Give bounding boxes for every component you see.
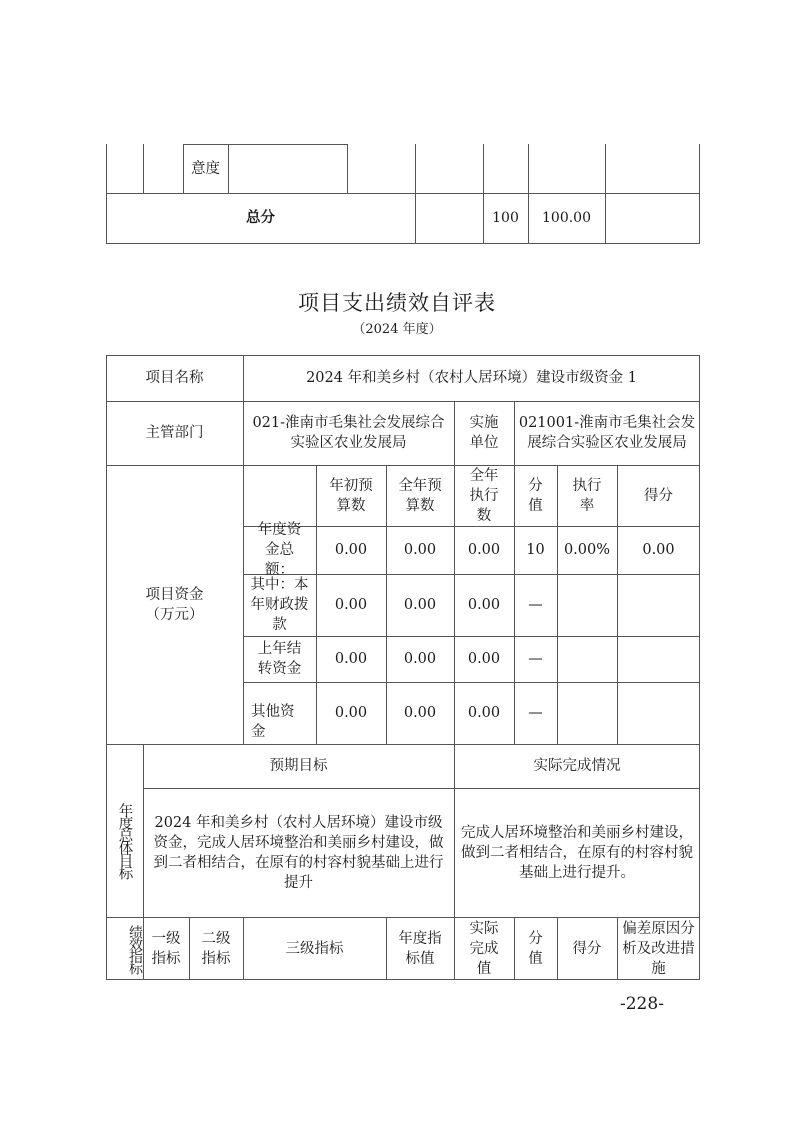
funds-row-weight: —	[514, 574, 557, 636]
header-executed: 全年执行数	[454, 465, 514, 526]
expected-goal-text: 2024 年和美乡村（农村人居环境）建设市级资金，完成人居环境整治和美丽乡村建设…	[143, 788, 454, 917]
header-score: 得分	[617, 465, 700, 526]
impl-label: 实施单位	[454, 401, 514, 465]
header-weight: 分值	[514, 917, 557, 980]
funds-row-rate	[557, 636, 617, 682]
total-weight: 100	[483, 193, 528, 243]
funds-row-score: 0.00	[617, 526, 700, 574]
page-subtitle: （2024 年度）	[0, 318, 794, 337]
header-annual-budget: 全年预算数	[386, 465, 454, 526]
funds-row-annual: 0.00	[386, 574, 454, 636]
funds-row-executed: 0.00	[454, 574, 514, 636]
funds-row-annual: 0.00	[386, 682, 454, 744]
header-annual-target: 年度指标值	[386, 917, 454, 980]
funds-row-rate	[557, 682, 617, 744]
funds-row-annual: 0.00	[386, 636, 454, 682]
funds-row-initial: 0.00	[316, 574, 386, 636]
expected-goal-header: 预期目标	[143, 744, 454, 788]
funds-row-label: 上年结转资金	[243, 636, 316, 682]
page-title: 项目支出绩效自评表	[0, 287, 794, 317]
header-deviation: 偏差原因分析及改进措施	[617, 917, 700, 980]
goals-section-cell: 年度总体目标	[106, 744, 143, 917]
total-label: 总分	[106, 193, 415, 243]
impl-value: 021001-淮南市毛集社会发展综合实验区农业发展局	[514, 401, 700, 465]
dept-label: 主管部门	[106, 401, 243, 465]
header-score: 得分	[557, 917, 617, 980]
funds-row-weight: 10	[514, 526, 557, 574]
total-score: 100.00	[528, 193, 605, 243]
funds-row-executed: 0.00	[454, 682, 514, 744]
project-name-label: 项目名称	[106, 355, 243, 401]
funds-row-weight: —	[514, 682, 557, 744]
goals-section-label: 年度总体目标	[115, 803, 135, 878]
header-level3: 三级指标	[243, 917, 386, 980]
funds-row-label: 其中：本年财政拨款	[243, 574, 316, 636]
funds-label: 项目资金（万元）	[106, 465, 243, 744]
project-name-value: 2024 年和美乡村（农村人居环境）建设市级资金 1	[243, 355, 700, 401]
actual-goal-text: 完成人居环境整治和美丽乡村建设，做到二者相结合，在原有的村容村貌基础上进行提升。	[454, 788, 700, 917]
header-initial-budget: 年初预算数	[316, 465, 386, 526]
funds-row-rate	[557, 574, 617, 636]
page-number: -228-	[620, 994, 664, 1014]
actual-goal-header: 实际完成情况	[454, 744, 700, 788]
funds-row-annual: 0.00	[386, 526, 454, 574]
funds-row-label: 年度资金总额：	[243, 526, 316, 574]
header-weight: 分值	[514, 465, 557, 526]
funds-row-rate: 0.00%	[557, 526, 617, 574]
funds-row-initial: 0.00	[316, 636, 386, 682]
indicators-section-label: 绩效指标	[127, 919, 143, 979]
indicators-section-cell: 绩效指标	[106, 917, 143, 980]
funds-row-initial: 0.00	[316, 526, 386, 574]
funds-row-executed: 0.00	[454, 526, 514, 574]
funds-row-score	[617, 682, 700, 744]
funds-row-weight: —	[514, 636, 557, 682]
funds-row-initial: 0.00	[316, 682, 386, 744]
funds-row-score	[617, 574, 700, 636]
funds-row-executed: 0.00	[454, 636, 514, 682]
header-actual-value: 实际完成值	[454, 917, 514, 980]
header-rate: 执行率	[557, 465, 617, 526]
header-level2: 二级指标	[189, 917, 243, 980]
funds-row-label: 其他资金	[243, 682, 316, 744]
funds-row-score	[617, 636, 700, 682]
header-level1: 一级指标	[143, 917, 189, 980]
dept-value: 021-淮南市毛集社会发展综合实验区农业发展局	[243, 401, 454, 465]
satisfaction-label: 意度	[183, 144, 228, 194]
